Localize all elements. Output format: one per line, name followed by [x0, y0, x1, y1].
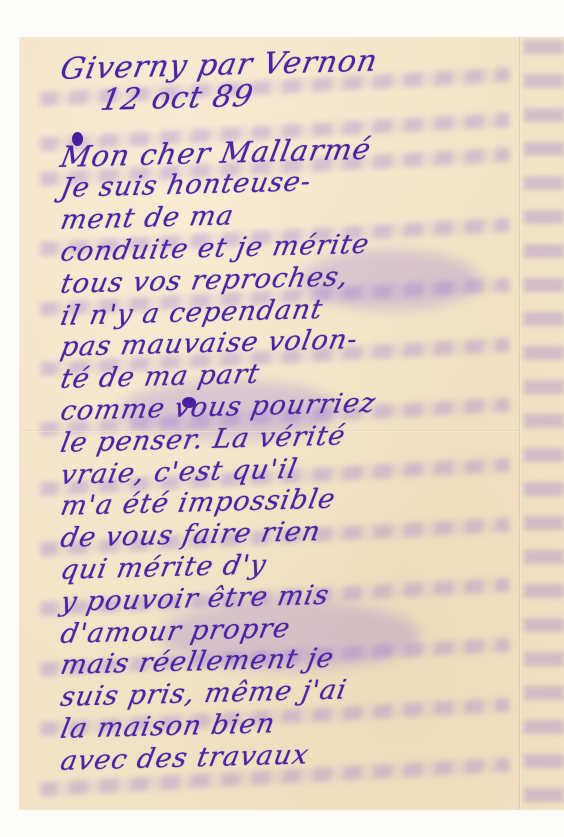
vertical-fold: [519, 37, 521, 810]
adjacent-page-strip: [524, 40, 564, 810]
letter-text: Giverny par Vernon 12 oct 89 Mon cher Ma…: [62, 48, 512, 772]
